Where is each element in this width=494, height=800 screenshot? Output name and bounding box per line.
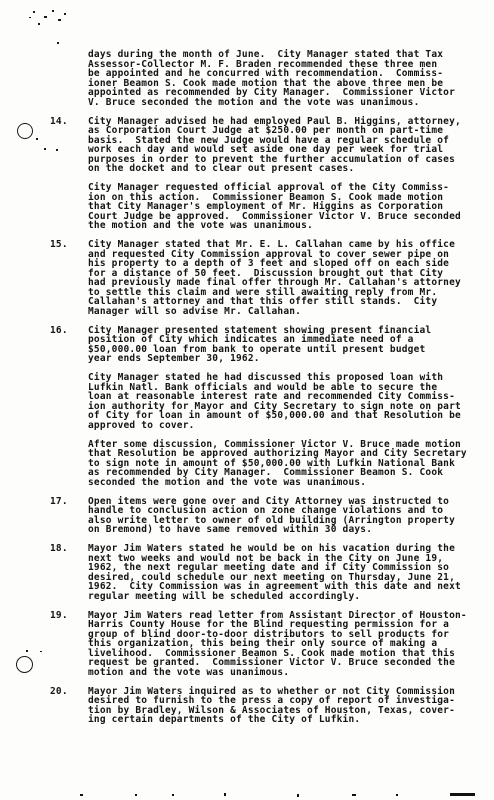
scan-speckle bbox=[58, 19, 61, 21]
scan-speckle bbox=[29, 17, 31, 18]
item-paragraph: After some discussion, Commissioner Vict… bbox=[88, 440, 480, 488]
scan-artifact-tick bbox=[135, 794, 137, 796]
scan-speckle bbox=[57, 42, 59, 44]
item-number: 20. bbox=[50, 687, 88, 735]
scan-speckle bbox=[44, 16, 47, 18]
minutes-item-19: 19. Mayor Jim Waters read letter from As… bbox=[50, 611, 480, 687]
minutes-item-20: 20. Mayor Jim Waters inquired as to whet… bbox=[50, 687, 480, 735]
scan-speckle bbox=[40, 651, 42, 652]
item-body: City Manager presented statement showing… bbox=[88, 326, 480, 497]
hole-punch-mark bbox=[17, 123, 33, 139]
item-body: City Manager stated that Mr. E. L. Calla… bbox=[88, 240, 480, 326]
scan-artifact-tick bbox=[450, 793, 475, 796]
scan-speckle bbox=[64, 13, 66, 15]
item-paragraph: City Manager requested official approval… bbox=[88, 183, 480, 231]
scan-artifact-tick bbox=[297, 794, 299, 797]
item-paragraph: Open items were gone over and City Attor… bbox=[88, 497, 480, 535]
scan-speckle bbox=[33, 11, 35, 13]
minutes-item-15: 15. City Manager stated that Mr. E. L. C… bbox=[50, 240, 480, 326]
item-paragraph: Mayor Jim Waters stated he would be on h… bbox=[88, 544, 480, 601]
item-body: City Manager advised he had employed Pau… bbox=[88, 117, 480, 241]
scan-speckle bbox=[26, 650, 28, 652]
minutes-text-block: days during the month of June. City Mana… bbox=[50, 50, 480, 734]
scan-speckle bbox=[38, 23, 40, 25]
scanned-document-page: days during the month of June. City Mana… bbox=[0, 0, 494, 800]
scan-artifact-tick bbox=[224, 793, 226, 796]
item-number: 16. bbox=[50, 326, 88, 497]
hole-punch-mark bbox=[16, 656, 33, 673]
item-paragraph: City Manager advised he had employed Pau… bbox=[88, 117, 480, 174]
item-body: Mayor Jim Waters inquired as to whether … bbox=[88, 687, 480, 735]
item-paragraph: City Manager presented statement showing… bbox=[88, 326, 480, 364]
scan-artifact-tick bbox=[80, 794, 83, 796]
item-number: 17. bbox=[50, 497, 88, 545]
intro-paragraph: days during the month of June. City Mana… bbox=[50, 50, 480, 107]
item-paragraph: City Manager stated he had discussed thi… bbox=[88, 373, 480, 430]
scan-artifact-tick bbox=[396, 794, 398, 796]
item-body: Mayor Jim Waters read letter from Assist… bbox=[88, 611, 480, 687]
item-number: 19. bbox=[50, 611, 88, 687]
scan-speckle bbox=[52, 10, 54, 12]
minutes-item-14: 14. City Manager advised he had employed… bbox=[50, 117, 480, 241]
minutes-item-18: 18. Mayor Jim Waters stated he would be … bbox=[50, 544, 480, 611]
scan-artifact-tick bbox=[352, 794, 356, 796]
scan-speckle bbox=[44, 148, 46, 150]
item-paragraph: City Manager stated that Mr. E. L. Calla… bbox=[88, 240, 480, 316]
item-paragraph: Mayor Jim Waters inquired as to whether … bbox=[88, 687, 480, 725]
item-paragraph: Mayor Jim Waters read letter from Assist… bbox=[88, 611, 480, 678]
minutes-item-17: 17. Open items were gone over and City A… bbox=[50, 497, 480, 545]
scan-artifact-tick bbox=[172, 794, 174, 796]
item-number: 15. bbox=[50, 240, 88, 326]
scan-speckle bbox=[36, 138, 38, 140]
minutes-item-16: 16. City Manager presented statement sho… bbox=[50, 326, 480, 497]
item-number: 18. bbox=[50, 544, 88, 611]
item-number: 14. bbox=[50, 117, 88, 241]
item-body: Mayor Jim Waters stated he would be on h… bbox=[88, 544, 480, 611]
item-body: Open items were gone over and City Attor… bbox=[88, 497, 480, 545]
